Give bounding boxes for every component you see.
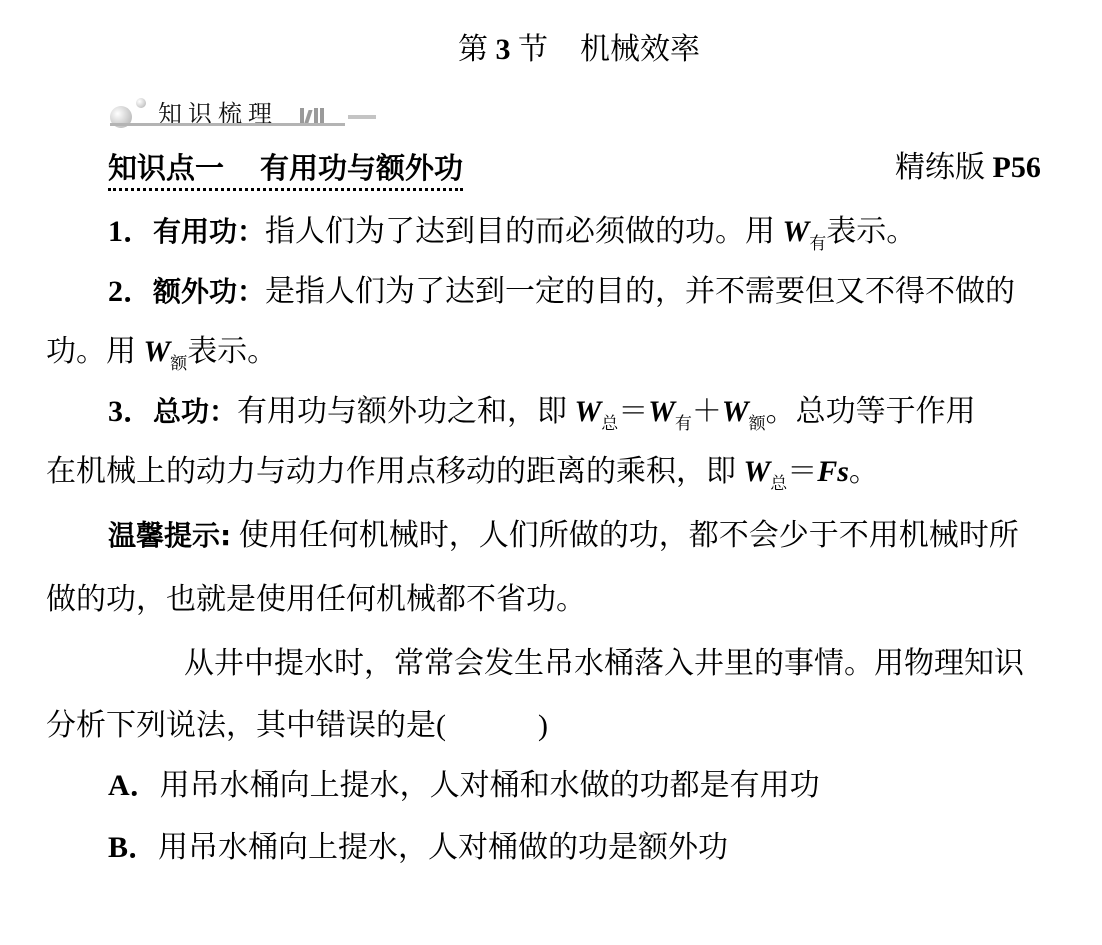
item-total-work-cont: 在机械上的动力与动力作用点移动的距离的乘积，即 W总＝Fs。 (46, 452, 879, 496)
option-a[interactable]: A．用吊水桶向上提水，人对桶和水做的功都是有用功 (108, 766, 820, 806)
item-label: 额外功： (153, 275, 265, 308)
variable-w: W (744, 455, 771, 488)
subscript: 额 (170, 354, 187, 373)
banner-underline (110, 123, 345, 126)
section-number: 3 (496, 33, 511, 66)
subscript: 有 (809, 234, 826, 253)
option-letter: A． (108, 769, 160, 802)
item-useful-work: 1．有用功：指人们为了达到目的而必须做的功。用 W有表示。 (108, 212, 916, 256)
paren-close: ) (538, 709, 548, 742)
tip: 温馨提示: 使用任何机械时，人们所做的功，都不会少于不用机械时所 (108, 516, 1019, 556)
kp-number: 知识点一 (108, 151, 224, 185)
plus-sign: ＋ (692, 395, 722, 428)
item-text: 功。用 (46, 335, 136, 368)
tip-text: 做的功，也就是使用任何机械都不省功。 (46, 583, 586, 616)
item-tail: 表示。 (187, 335, 277, 368)
kp-title: 有用功与额外功 (260, 151, 463, 185)
small-sphere-decoration-icon (136, 98, 146, 108)
item-extra-work-cont: 功。用 W额表示。 (46, 332, 277, 376)
item-text: 有用功与额外功之和，即 (237, 395, 567, 428)
ref-page-number: P56 (993, 151, 1041, 184)
variable-w: W (722, 395, 749, 428)
variable-fs: Fs (817, 455, 849, 488)
equals-sign: ＝ (618, 395, 648, 428)
item-text: 在机械上的动力与动力作用点移动的距离的乘积，即 (46, 455, 736, 488)
option-b[interactable]: B．用吊水桶向上提水，人对桶做的功是额外功 (108, 828, 728, 868)
subscript: 有 (675, 414, 692, 433)
equals-sign: ＝ (787, 455, 817, 488)
variable-w: W (575, 395, 602, 428)
question-stem-cont: 分析下列说法，其中错误的是() (46, 706, 548, 746)
item-text: 。 (849, 455, 879, 488)
item-number: 2． (108, 275, 153, 308)
item-label: 总功： (153, 395, 237, 428)
item-total-work: 3．总功：有用功与额外功之和，即 W总＝W有＋W额。总功等于作用 (108, 392, 976, 436)
subscript: 总 (770, 474, 787, 493)
ref-label: 精练版 (895, 151, 985, 184)
subscript: 额 (749, 414, 766, 433)
section-banner: 知识梳理 (108, 92, 393, 132)
option-text: 用吊水桶向上提水，人对桶和水做的功都是有用功 (160, 769, 820, 802)
item-label: 有用功： (153, 215, 265, 248)
title-prefix: 第 (458, 33, 488, 66)
item-text: 。总功等于作用 (766, 395, 976, 428)
tip-text: 使用任何机械时，人们所做的功，都不会少于不用机械时所 (239, 519, 1019, 552)
item-text: 是指人们为了达到一定的目的，并不需要但又不得不做的 (265, 275, 1015, 308)
item-tail: 表示。 (826, 215, 916, 248)
item-number: 3． (108, 395, 153, 428)
banner-dash (348, 115, 376, 119)
question-text: 分析下列说法，其中错误的是( (46, 709, 446, 742)
subscript: 总 (601, 414, 618, 433)
item-text: 指人们为了达到目的而必须做的功。用 (265, 215, 775, 248)
variable-w: W (783, 215, 810, 248)
reference-page: 精练版 P56 (895, 148, 1041, 188)
variable-w: W (648, 395, 675, 428)
item-extra-work: 2．额外功：是指人们为了达到一定的目的，并不需要但又不得不做的 (108, 272, 1015, 312)
option-text: 用吊水桶向上提水，人对桶做的功是额外功 (158, 831, 728, 864)
knowledge-point-heading: 知识点一有用功与额外功 (108, 148, 463, 191)
variable-w: W (144, 335, 171, 368)
option-letter: B． (108, 831, 158, 864)
question-stem: 从井中提水时，常常会发生吊水桶落入井里的事情。用物理知识 (184, 644, 1024, 684)
question-text: 从井中提水时，常常会发生吊水桶落入井里的事情。用物理知识 (184, 647, 1024, 680)
tip-cont: 做的功，也就是使用任何机械都不省功。 (46, 580, 586, 620)
item-number: 1． (108, 215, 153, 248)
tip-label: 温馨提示: (108, 519, 231, 552)
title-suffix: 节 (518, 33, 548, 66)
page-title: 第 3 节机械效率 (458, 30, 700, 70)
section-name: 机械效率 (580, 33, 700, 66)
